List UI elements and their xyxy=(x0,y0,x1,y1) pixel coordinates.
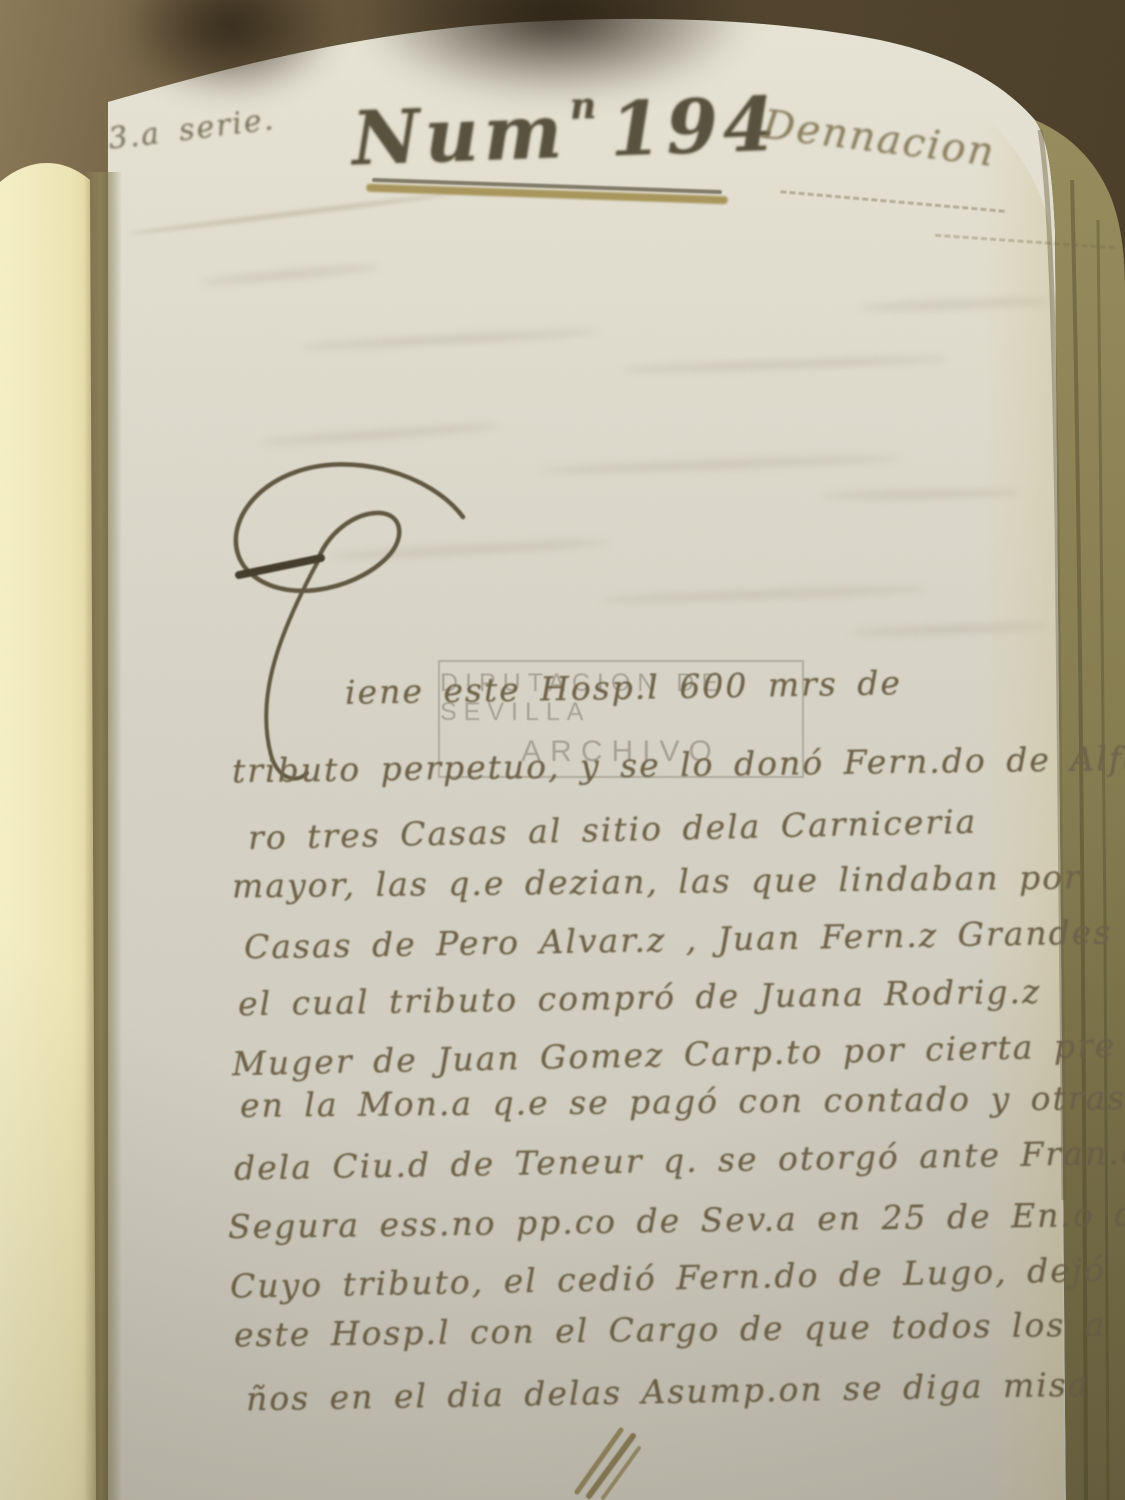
showthrough-mark xyxy=(620,354,950,375)
showthrough-mark xyxy=(540,454,900,476)
title-superscript: n xyxy=(569,85,602,128)
page-title: Numn194 xyxy=(351,79,781,183)
title-word: Num xyxy=(351,89,569,182)
showthrough-mark xyxy=(260,422,500,448)
showthrough-mark xyxy=(860,297,1050,313)
manuscript-line-8: en la Mon.a q.e se pagó con contado y ot… xyxy=(240,1078,1125,1125)
title-number: 194 xyxy=(608,82,780,174)
initial-letter-flourish xyxy=(205,455,485,795)
showthrough-mark xyxy=(820,488,1020,500)
showthrough-mark xyxy=(126,192,454,236)
showthrough-mark xyxy=(200,262,380,287)
bottom-ink-flourish xyxy=(565,1422,665,1500)
showthrough-mark xyxy=(850,622,1050,638)
showthrough-mark xyxy=(600,584,930,605)
archive-photo: DIPUTACION DE SEVILLA ARCHIVO 3.a serie.… xyxy=(0,0,1125,1500)
showthrough-mark xyxy=(300,327,600,352)
